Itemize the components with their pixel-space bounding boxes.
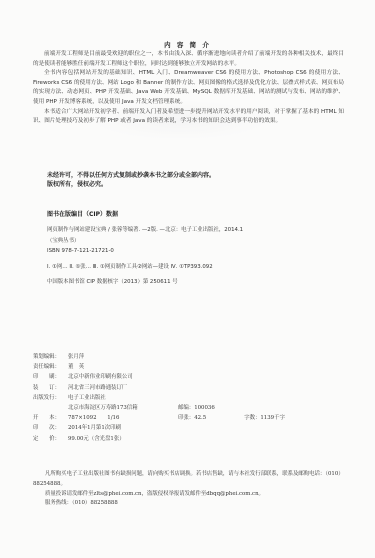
warning-line: 版权所有，侵权必究。 (47, 180, 347, 189)
cip-classification: Ⅰ. ①网… Ⅱ. ①张… Ⅲ. ①网页制作工具②网站—建设 Ⅳ. ①TP393… (47, 262, 357, 273)
credit-label: 开 本： (33, 413, 68, 423)
publisher-address: 北京市海淀区万寿路173信箱 (68, 403, 178, 413)
cip-heading: 图书在版编目（CIP）数据 (47, 209, 118, 218)
cip-line: ISBN 978-7-121-21721-0 (47, 246, 357, 257)
credit-row: 装 订： 河北省三河市路通装订厂 (33, 383, 353, 393)
postcode-label: 邮编： (178, 403, 194, 413)
copyright-page: 内 容 简 介 前端开发工程师是目前最受欢迎的职位之一，本书由浅入深、循序渐进地… (0, 0, 375, 558)
credit-value: 电子工业出版社 (68, 393, 106, 403)
credit-value: 张月萍 (68, 352, 84, 362)
credit-row: 策划编辑： 张月萍 (33, 352, 353, 362)
notes-return-policy: 凡所购买电子工业出版社图书有缺损问题，请向购买书店调换。若书店售缺，请与本社发行… (33, 470, 353, 490)
credit-row: 北京市海淀区万寿路173信箱 邮编： 100036 (33, 403, 353, 413)
credit-label: 装 订： (33, 383, 68, 393)
intro-title: 内 容 简 介 (0, 40, 375, 49)
credits-block: 策划编辑： 张月萍 责任编辑： 董 英 印 刷： 北京中新伟业印刷有限公司 装 … (33, 352, 353, 444)
credit-value: 北京中新伟业印刷有限公司 (68, 372, 133, 382)
sheets-value: 42.5 (194, 413, 244, 423)
notes-hotline: 服务热线：（010）88258888 (33, 499, 353, 509)
credit-label: 印 刷： (33, 372, 68, 382)
credit-label: 印 次： (33, 423, 68, 433)
credit-value: 787×1092 1/16 (68, 413, 178, 423)
credit-label: 责任编辑： (33, 362, 68, 372)
cip-line: （宝典丛书） (47, 236, 357, 247)
credit-row: 责任编辑： 董 英 (33, 362, 353, 372)
publisher-notes: 凡所购买电子工业出版社图书有缺损问题，请向购买书店调换。若书店售缺，请与本社发行… (33, 470, 353, 509)
intro-paragraph: 前端开发工程师是目前最受欢迎的职位之一，本书由浅入深、循序渐进地向读者介绍了前端… (33, 50, 344, 69)
credit-row: 定 价： 99.00元（含光盘1张） (33, 434, 353, 444)
cip-line: 网页制作与网站建设宝典 / 张蓉等编著. —2版. —北京：电子工业出版社，20… (47, 225, 357, 236)
credit-label: 出版发行： (33, 393, 68, 403)
postcode-value: 100036 (194, 403, 215, 413)
word-count-value: 1139千字 (260, 413, 285, 423)
credit-value: 99.00元（含光盘1张） (68, 434, 125, 444)
credit-row: 开 本： 787×1092 1/16 印张： 42.5 字数： 1139千字 (33, 413, 353, 423)
word-count-label: 字数： (244, 413, 260, 423)
cip-block: 网页制作与网站建设宝典 / 张蓉等编著. —2版. —北京：电子工业出版社，20… (47, 225, 357, 288)
credit-value: 2014年1月第1次印刷 (68, 423, 121, 433)
sheets-label: 印张： (178, 413, 194, 423)
credit-label: 定 价： (33, 434, 68, 444)
credit-row: 出版发行： 电子工业出版社 (33, 393, 353, 403)
intro-paragraph: 全书内容包括网站开发的基础知识、HTML 入门、Dreamweaver CS6 … (33, 69, 344, 107)
credit-value: 董 英 (68, 362, 84, 372)
cip-record: 中国版本图书馆 CIP 数据核字（2013）第 250611 号 (47, 277, 357, 288)
credit-row: 印 刷： 北京中新伟业印刷有限公司 (33, 372, 353, 382)
intro-body: 前端开发工程师是目前最受欢迎的职位之一，本书由浅入深、循序渐进地向读者介绍了前端… (33, 50, 344, 127)
warning-line: 未经许可，不得以任何方式复制或抄袭本书之部分或全部内容。 (47, 171, 347, 180)
copyright-warning: 未经许可，不得以任何方式复制或抄袭本书之部分或全部内容。 版权所有，侵权必究。 (47, 171, 347, 189)
credit-value: 河北省三河市路通装订厂 (68, 383, 127, 393)
notes-complaints: 质量投诉请发邮件至zlts@phei.com.cn，盗版侵权举报请发邮件至dbq… (33, 490, 353, 500)
credit-row: 印 次： 2014年1月第1次印刷 (33, 423, 353, 433)
intro-paragraph: 本书适合广大网站开发初学者、前端开发入门者及希望进一步提升网站开发水平的用户阅读… (33, 108, 344, 127)
credit-label: 策划编辑： (33, 352, 68, 362)
